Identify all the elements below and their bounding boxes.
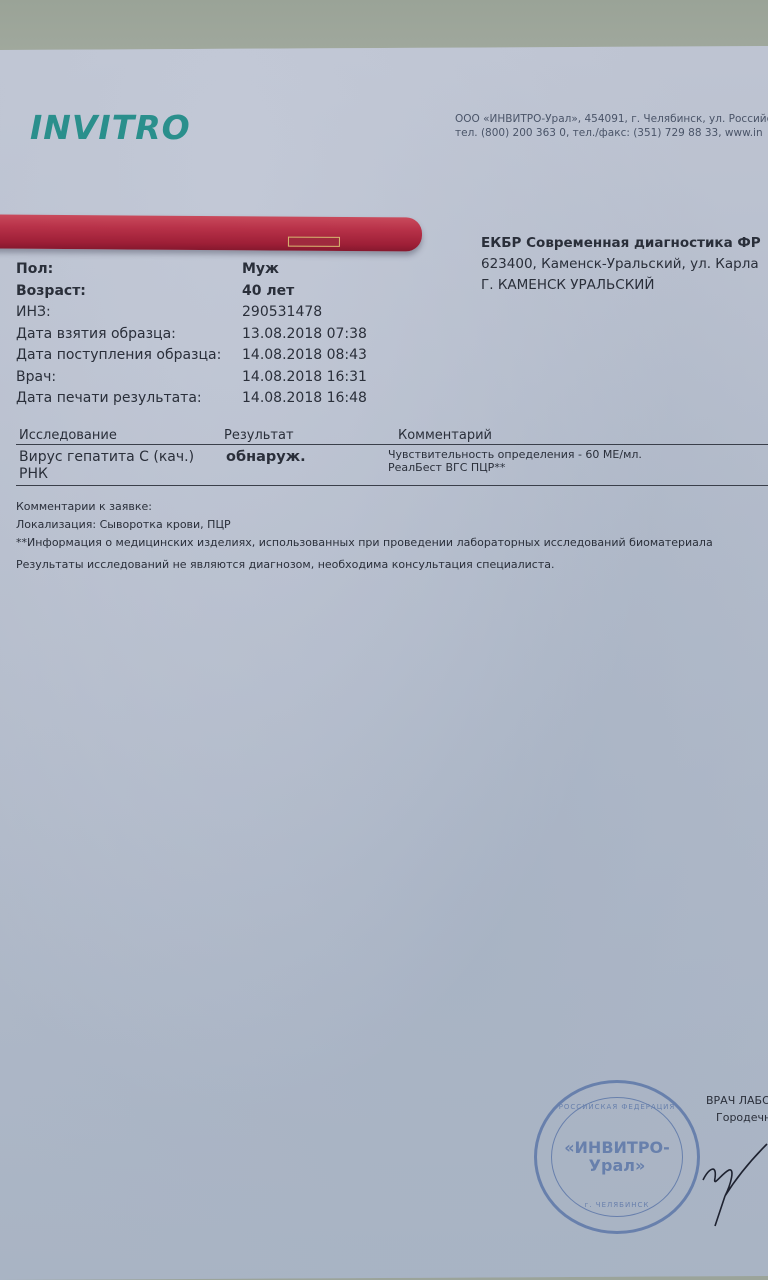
- header-test: Исследование: [19, 428, 117, 443]
- info-label: ИНЗ:: [16, 302, 242, 324]
- results-table: Исследование Результат Комментарий Вирус…: [16, 426, 768, 486]
- order-notes: Комментарии к заявке: Локализация: Сывор…: [16, 498, 713, 574]
- stamp-center-text: «ИНВИТРО- Урал»: [537, 1139, 697, 1175]
- doctor-name: Городечн: [706, 1109, 768, 1126]
- info-value: 290531478: [242, 302, 322, 324]
- test-comment: Чувствительность определения - 60 МЕ/мл.…: [388, 448, 642, 474]
- header-comment: Комментарий: [398, 428, 492, 443]
- info-row-sex: Пол: Муж: [16, 259, 416, 281]
- info-value: 14.08.2018 08:43: [242, 345, 367, 367]
- info-value: 13.08.2018 07:38: [242, 324, 367, 346]
- info-label: Возраст:: [16, 281, 242, 303]
- info-label: Врач:: [16, 367, 242, 389]
- test-name: Вирус гепатита С (кач.) РНК: [19, 449, 229, 483]
- notes-footnote: **Информация о медицинских изделиях, исп…: [16, 534, 713, 552]
- test-result: обнаруж.: [226, 449, 306, 465]
- info-value: 40 лет: [242, 281, 294, 303]
- company-stamp: РОССИЙСКАЯ ФЕДЕРАЦИЯ «ИНВИТРО- Урал» г. …: [534, 1080, 700, 1234]
- info-row-print-date: Дата печати результата: 14.08.2018 16:48: [16, 388, 416, 410]
- lab-address: 623400, Каменск-Уральский, ул. Карла: [481, 254, 761, 275]
- info-value: Муж: [242, 259, 279, 281]
- test-name-line1: Вирус гепатита С (кач.): [19, 449, 229, 466]
- lab-info: ЕКБР Современная диагностика ФР 623400, …: [481, 233, 761, 296]
- info-value: 14.08.2018 16:48: [242, 388, 367, 410]
- info-row-doctor: Врач: 14.08.2018 16:31: [16, 367, 416, 389]
- pencil-label: [288, 237, 340, 247]
- table-header: Исследование Результат Комментарий: [16, 426, 768, 445]
- background-wall: [0, 0, 768, 52]
- info-label: Дата печати результата:: [16, 388, 242, 410]
- header-result: Результат: [224, 428, 294, 443]
- notes-localization: Локализация: Сыворотка крови, ПЦР: [16, 516, 713, 534]
- lab-city: Г. КАМЕНСК УРАЛЬСКИЙ: [481, 275, 761, 296]
- stamp-center-line1: «ИНВИТРО-: [537, 1139, 697, 1157]
- patient-info: Пол: Муж Возраст: 40 лет ИНЗ: 290531478 …: [16, 259, 416, 410]
- info-row-received-date: Дата поступления образца: 14.08.2018 08:…: [16, 345, 416, 367]
- notes-disclaimer: Результаты исследований не являются диаг…: [16, 556, 713, 574]
- comment-line1: Чувствительность определения - 60 МЕ/мл.: [388, 448, 642, 461]
- signature-block: ВРАЧ ЛАБО Городечн: [706, 1092, 768, 1126]
- stamp-bottom-text: г. ЧЕЛЯБИНСК: [537, 1201, 697, 1209]
- stamp-top-text: РОССИЙСКАЯ ФЕДЕРАЦИЯ: [537, 1103, 697, 1111]
- info-label: Дата поступления образца:: [16, 345, 242, 367]
- comment-line2: РеалБест ВГС ПЦР**: [388, 461, 642, 474]
- stamp-center-line2: Урал»: [537, 1157, 697, 1175]
- company-address: ООО «ИНВИТРО-Урал», 454091, г. Челябинск…: [455, 112, 768, 126]
- company-contacts: тел. (800) 200 363 0, тел./факс: (351) 7…: [455, 126, 768, 140]
- notes-title: Комментарии к заявке:: [16, 498, 713, 516]
- signature-icon: [695, 1140, 768, 1230]
- info-row-inz: ИНЗ: 290531478: [16, 302, 416, 324]
- lab-name: ЕКБР Современная диагностика ФР: [481, 233, 761, 254]
- info-value: 14.08.2018 16:31: [242, 367, 367, 389]
- invitro-logo: INVITRO: [30, 108, 191, 147]
- info-row-age: Возраст: 40 лет: [16, 281, 416, 303]
- info-label: Пол:: [16, 259, 242, 281]
- doctor-title: ВРАЧ ЛАБО: [706, 1092, 768, 1109]
- red-pencil: [0, 214, 422, 251]
- info-row-sample-date: Дата взятия образца: 13.08.2018 07:38: [16, 324, 416, 346]
- table-row: Вирус гепатита С (кач.) РНК обнаруж. Чув…: [16, 445, 768, 486]
- test-name-line2: РНК: [19, 466, 229, 483]
- company-info: ООО «ИНВИТРО-Урал», 454091, г. Челябинск…: [455, 112, 768, 140]
- info-label: Дата взятия образца:: [16, 324, 242, 346]
